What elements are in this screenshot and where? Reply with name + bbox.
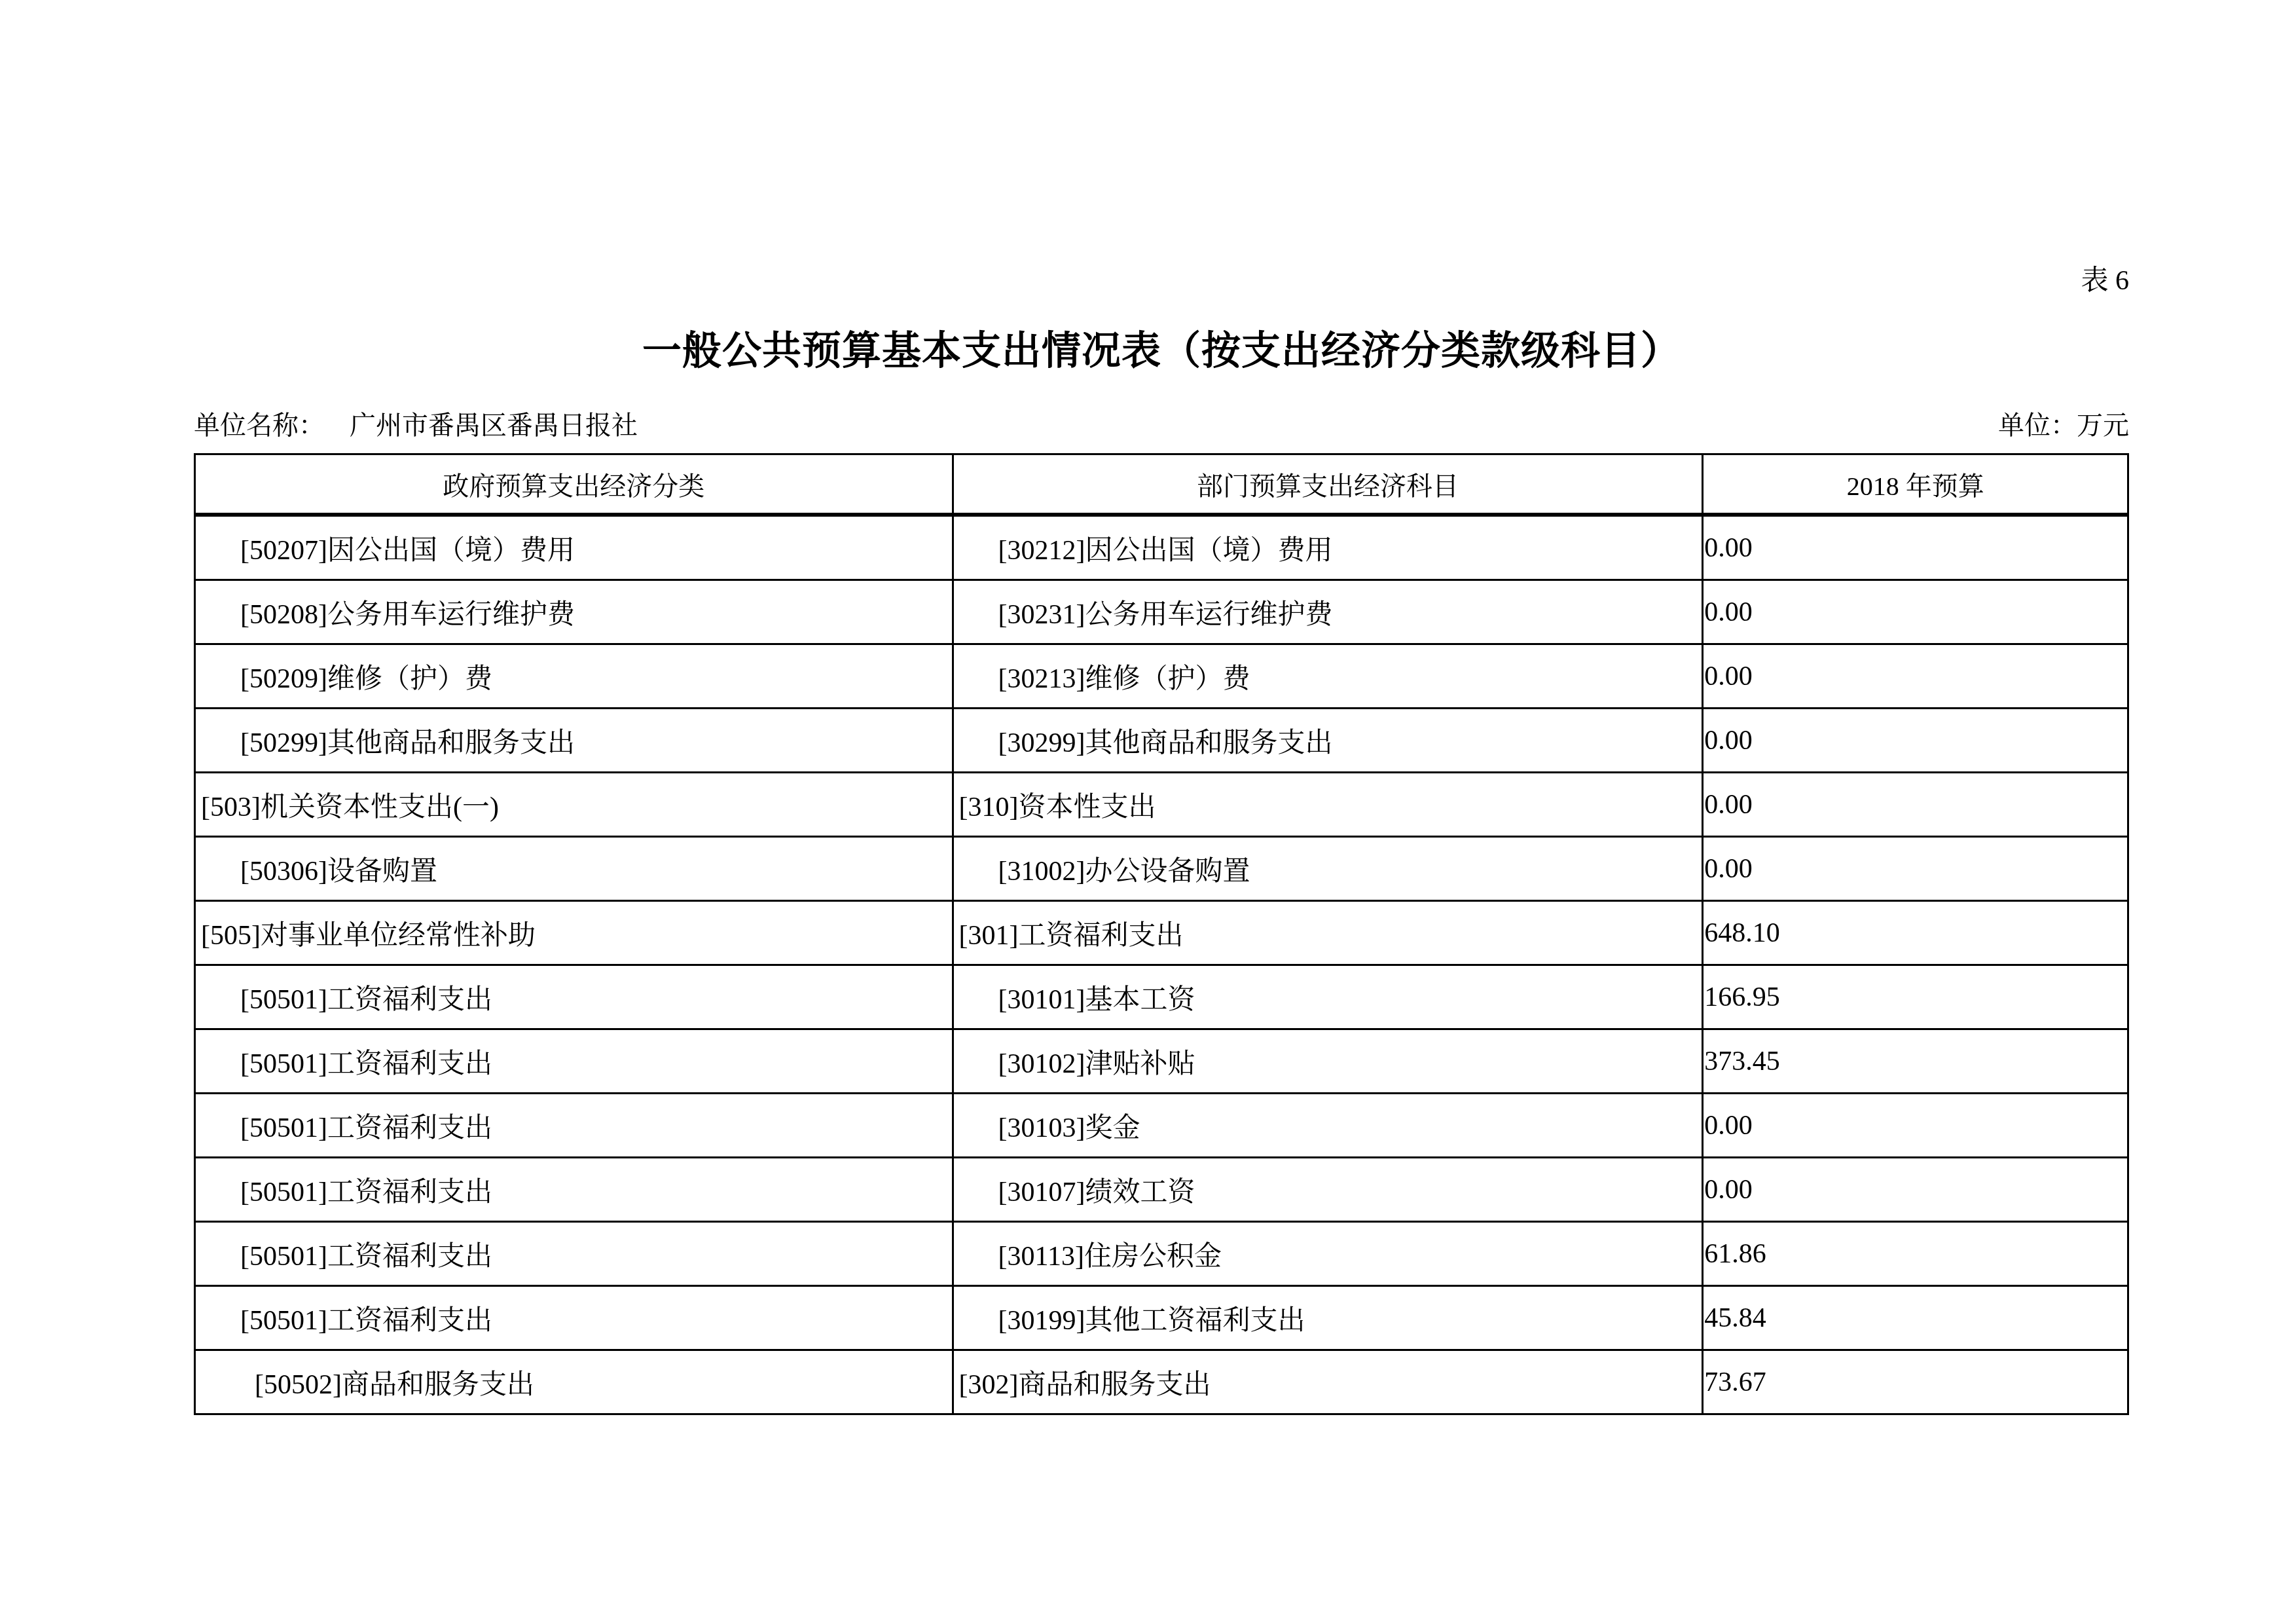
budget-report-sheet: 表 6 一般公共预算基本支出情况表（按支出经济分类款级科目） 单位名称：广州市番…	[194, 0, 2129, 1415]
header-dept-subject: 部门预算支出经济科目	[953, 454, 1703, 515]
table-row: [50207]因公出国（境）费用 [30212]因公出国（境）费用 0.00	[195, 515, 2128, 580]
document-page: { "page": { "corner_label": "表 6", "titl…	[0, 0, 2296, 1624]
gov-classification-cell: [50501]工资福利支出	[195, 1158, 953, 1222]
gov-classification-cell: [505]对事业单位经常性补助	[195, 901, 953, 965]
dept-subject-cell: [301]工资福利支出	[953, 901, 1703, 965]
table-number-label: 表 6	[194, 0, 2129, 299]
gov-classification-cell: [50502]商品和服务支出	[195, 1350, 953, 1414]
budget-value-cell: 0.00	[1703, 515, 2128, 580]
dept-subject-cell: [30102]津贴补贴	[953, 1029, 1703, 1094]
dept-subject-cell: [30212]因公出国（境）费用	[953, 515, 1703, 580]
dept-subject-cell: [310]资本性支出	[953, 773, 1703, 837]
dept-subject-cell: [30101]基本工资	[953, 965, 1703, 1029]
header-budget-2018: 2018 年预算	[1703, 454, 2128, 515]
unit-measure-label: 单位：万元	[1998, 409, 2129, 443]
gov-classification-cell: [50501]工资福利支出	[195, 1029, 953, 1094]
budget-value-cell: 0.00	[1703, 1094, 2128, 1158]
page-title: 一般公共预算基本支出情况表（按支出经济分类款级科目）	[194, 327, 2129, 375]
gov-classification-cell: [50208]公务用车运行维护费	[195, 580, 953, 644]
budget-table-header: 政府预算支出经济分类 部门预算支出经济科目 2018 年预算	[195, 454, 2128, 515]
budget-value-cell: 73.67	[1703, 1350, 2128, 1414]
table-row: [50501]工资福利支出 [30101]基本工资 166.95	[195, 965, 2128, 1029]
unit-name-value: 广州市番禺区番禺日报社	[350, 411, 638, 440]
table-row: [50299]其他商品和服务支出 [30299]其他商品和服务支出 0.00	[195, 709, 2128, 773]
budget-value-cell: 0.00	[1703, 580, 2128, 644]
meta-row: 单位名称：广州市番禺区番禺日报社 单位：万元	[194, 409, 2129, 443]
gov-classification-cell: [50306]设备购置	[195, 837, 953, 901]
budget-value-cell: 373.45	[1703, 1029, 2128, 1094]
table-row: [503]机关资本性支出(一) [310]资本性支出 0.00	[195, 773, 2128, 837]
table-row: [50501]工资福利支出 [30113]住房公积金 61.86	[195, 1222, 2128, 1286]
table-row: [50208]公务用车运行维护费 [30231]公务用车运行维护费 0.00	[195, 580, 2128, 644]
dept-subject-cell: [31002]办公设备购置	[953, 837, 1703, 901]
dept-subject-cell: [30231]公务用车运行维护费	[953, 580, 1703, 644]
dept-subject-cell: [30299]其他商品和服务支出	[953, 709, 1703, 773]
table-row: [50501]工资福利支出 [30103]奖金 0.00	[195, 1094, 2128, 1158]
unit-name-group: 单位名称：广州市番禺区番禺日报社	[194, 409, 638, 443]
gov-classification-cell: [50299]其他商品和服务支出	[195, 709, 953, 773]
table-row: [50502]商品和服务支出 [302]商品和服务支出 73.67	[195, 1350, 2128, 1414]
dept-subject-cell: [30213]维修（护）费	[953, 644, 1703, 709]
gov-classification-cell: [50501]工资福利支出	[195, 1222, 953, 1286]
header-gov-classification: 政府预算支出经济分类	[195, 454, 953, 515]
budget-value-cell: 648.10	[1703, 901, 2128, 965]
budget-value-cell: 0.00	[1703, 709, 2128, 773]
table-row: [50501]工资福利支出 [30199]其他工资福利支出 45.84	[195, 1286, 2128, 1350]
table-row: [50501]工资福利支出 [30102]津贴补贴 373.45	[195, 1029, 2128, 1094]
budget-value-cell: 0.00	[1703, 773, 2128, 837]
budget-value-cell: 45.84	[1703, 1286, 2128, 1350]
table-row: [50209]维修（护）费 [30213]维修（护）费 0.00	[195, 644, 2128, 709]
dept-subject-cell: [30107]绩效工资	[953, 1158, 1703, 1222]
table-row: [50306]设备购置 [31002]办公设备购置 0.00	[195, 837, 2128, 901]
dept-subject-cell: [30103]奖金	[953, 1094, 1703, 1158]
gov-classification-cell: [50501]工资福利支出	[195, 965, 953, 1029]
dept-subject-cell: [30113]住房公积金	[953, 1222, 1703, 1286]
budget-value-cell: 166.95	[1703, 965, 2128, 1029]
gov-classification-cell: [50207]因公出国（境）费用	[195, 515, 953, 580]
table-row: [505]对事业单位经常性补助 [301]工资福利支出 648.10	[195, 901, 2128, 965]
gov-classification-cell: [50501]工资福利支出	[195, 1094, 953, 1158]
budget-table: 政府预算支出经济分类 部门预算支出经济科目 2018 年预算 [50207]因公…	[194, 453, 2129, 1415]
gov-classification-cell: [50501]工资福利支出	[195, 1286, 953, 1350]
budget-value-cell: 61.86	[1703, 1222, 2128, 1286]
budget-value-cell: 0.00	[1703, 837, 2128, 901]
budget-value-cell: 0.00	[1703, 1158, 2128, 1222]
gov-classification-cell: [50209]维修（护）费	[195, 644, 953, 709]
table-row: [50501]工资福利支出 [30107]绩效工资 0.00	[195, 1158, 2128, 1222]
dept-subject-cell: [302]商品和服务支出	[953, 1350, 1703, 1414]
header-row: 政府预算支出经济分类 部门预算支出经济科目 2018 年预算	[195, 454, 2128, 515]
budget-value-cell: 0.00	[1703, 644, 2128, 709]
dept-subject-cell: [30199]其他工资福利支出	[953, 1286, 1703, 1350]
gov-classification-cell: [503]机关资本性支出(一)	[195, 773, 953, 837]
budget-table-body: [50207]因公出国（境）费用 [30212]因公出国（境）费用 0.00 […	[195, 515, 2128, 1414]
unit-name-label: 单位名称：	[194, 411, 325, 440]
